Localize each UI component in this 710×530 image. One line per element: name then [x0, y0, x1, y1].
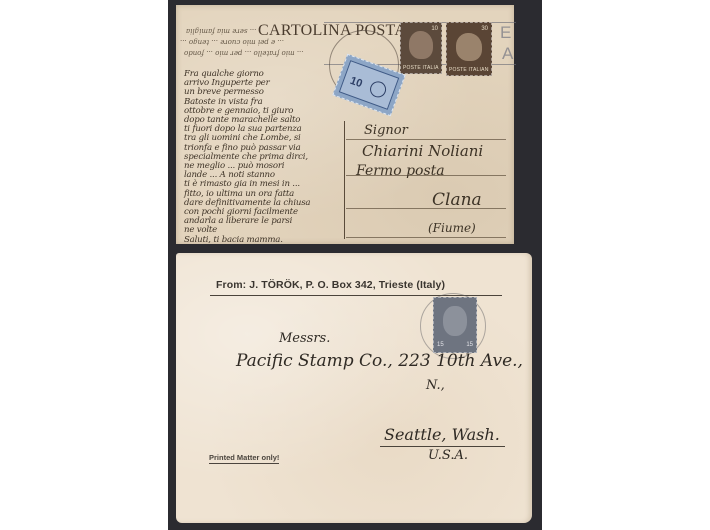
addressee-name: Pacific Stamp Co., 223 10th Ave., — [236, 351, 523, 371]
upside-down-line: ... e pei mio cuore ... tengo ... — [180, 38, 284, 46]
postcard: CARTOLINA POSTALE E A POSTE ITALIANE 10 … — [176, 5, 514, 244]
cancel-letter: E — [500, 23, 511, 43]
address-divider — [344, 121, 345, 239]
postage-stamp-10: POSTE ITALIANE 10 — [400, 22, 442, 74]
stamp-value: 15 — [466, 342, 473, 348]
addressee-country: U.S.A. — [428, 448, 468, 463]
upside-down-line: ... sere mia famiglia — [186, 27, 256, 35]
address-line-2: Chiarini Noliani — [362, 142, 483, 160]
circle-icon — [368, 79, 389, 100]
sender-line: From: J. TÖRÖK, P. O. Box 342, Trieste (… — [216, 279, 445, 291]
stamp-value: 15 — [437, 342, 444, 348]
portrait-icon — [456, 33, 482, 61]
printed-matter-label: Printed Matter only! — [209, 453, 279, 464]
addressee-salutation: Messrs. — [279, 331, 330, 346]
address-rule — [346, 237, 506, 238]
city-rule — [380, 446, 505, 447]
portrait-icon — [409, 31, 433, 59]
message-line: Saluti, ti bacia mamma. — [184, 235, 283, 245]
postage-stamp-30: POSTE ITALIANE 30 — [446, 22, 492, 76]
stamp-label: POSTE ITALIANE — [449, 67, 489, 73]
address-line-5: (Fiume) — [428, 221, 476, 235]
addressee-line-3: N., — [426, 378, 445, 393]
address-line-1: Signor — [364, 123, 408, 138]
stamp-value: 10 — [431, 26, 438, 32]
due-stamp-value: 10 — [348, 75, 364, 90]
address-rule — [346, 139, 506, 140]
portrait-icon — [443, 306, 467, 336]
upside-down-line: ... mio fratello ... per mio ... fondo — [184, 49, 304, 57]
stamp-value: 30 — [481, 26, 488, 32]
cancel-letter: A — [502, 44, 513, 64]
postage-stamp-15: 15 15 — [433, 297, 477, 353]
address-rule — [346, 208, 506, 209]
address-line-4: Clana — [432, 190, 482, 210]
address-line-3: Fermo posta — [356, 163, 445, 179]
addressee-city: Seattle, Wash. — [384, 425, 500, 444]
stamp-label: POSTE ITALIANE — [403, 65, 439, 71]
printed-matter-wrapper: From: J. TÖRÖK, P. O. Box 342, Trieste (… — [176, 253, 532, 523]
